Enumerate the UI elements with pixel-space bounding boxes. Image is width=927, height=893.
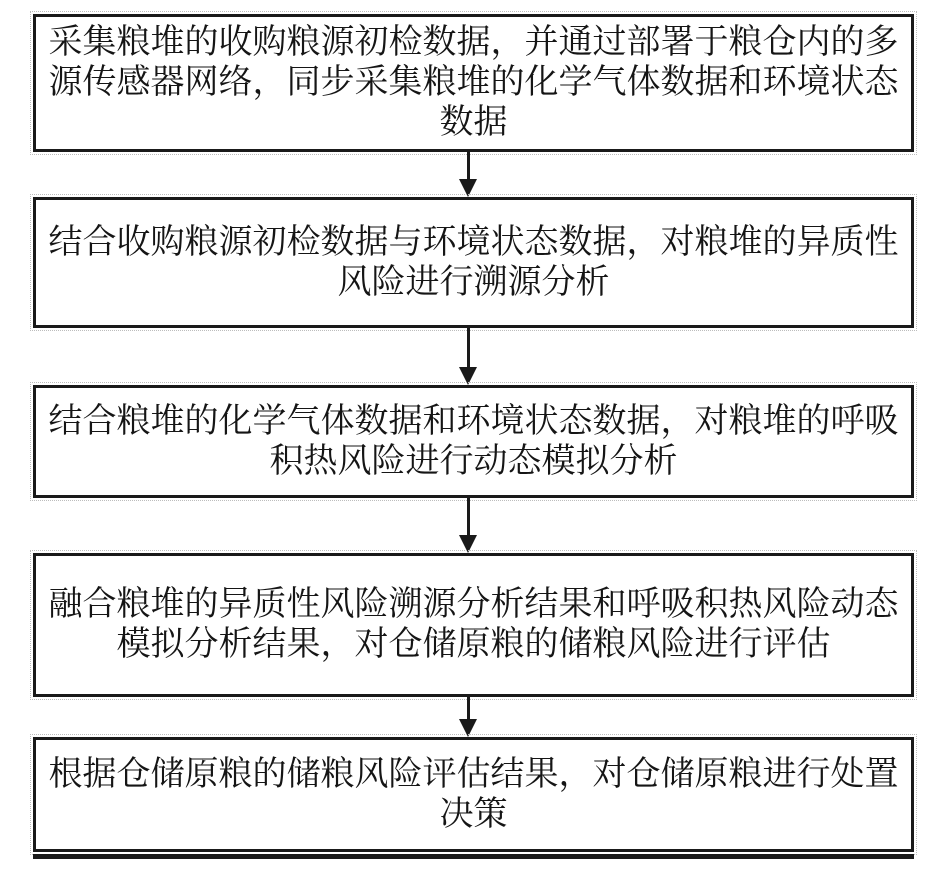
step-4-text-line: 融合粮堆的异质性风险溯源分析结果和呼吸积热风险动态 [49,585,899,625]
flow-step-4-box: 融合粮堆的异质性风险溯源分析结果和呼吸积热风险动态 模拟分析结果，对仓储原粮的储… [33,553,914,697]
arrow-shaft [467,328,470,368]
flow-connector-2 [459,328,477,385]
arrow-shaft [467,498,470,536]
arrow-shaft [467,697,470,720]
arrow-shaft [467,152,470,180]
flow-step-2-box: 结合收购粮源初检数据与环境状态数据，对粮堆的异质性 风险进行溯源分析 [33,197,914,328]
step-2-text-line: 结合收购粮源初检数据与环境状态数据，对粮堆的异质性 [49,223,899,263]
arrow-down-icon [459,719,477,737]
bottom-thick-line [33,854,914,859]
flow-connector-4 [459,697,477,737]
step-2-text-line: 风险进行溯源分析 [338,263,610,303]
step-5-text-line: 决策 [440,795,508,835]
step-5-text-line: 根据仓储原粮的储粮风险评估结果，对仓储原粮进行处置 [49,755,899,795]
arrow-down-icon [459,535,477,553]
step-3-text-line: 积热风险进行动态模拟分析 [270,442,678,482]
arrow-down-icon [459,179,477,197]
step-3-text-line: 结合粮堆的化学气体数据和环境状态数据，对粮堆的呼吸 [49,402,899,442]
flow-step-5-box: 根据仓储原粮的储粮风险评估结果，对仓储原粮进行处置 决策 [33,737,914,852]
flow-step-3-box: 结合粮堆的化学气体数据和环境状态数据，对粮堆的呼吸 积热风险进行动态模拟分析 [33,385,914,498]
flow-step-1-box: 采集粮堆的收购粮源初检数据，并通过部署于粮仓内的多 源传感器网络，同步采集粮堆的… [33,14,914,152]
step-1-text-line: 数据 [440,103,508,143]
step-1-text-line: 采集粮堆的收购粮源初检数据，并通过部署于粮仓内的多 [49,23,899,63]
step-1-text-line: 源传感器网络，同步采集粮堆的化学气体数据和环境状态 [49,63,899,103]
step-4-text-line: 模拟分析结果，对仓储原粮的储粮风险进行评估 [117,625,831,665]
flow-connector-1 [459,152,477,197]
flowchart-canvas: 采集粮堆的收购粮源初检数据，并通过部署于粮仓内的多 源传感器网络，同步采集粮堆的… [0,0,927,893]
arrow-down-icon [459,367,477,385]
flow-connector-3 [459,498,477,553]
